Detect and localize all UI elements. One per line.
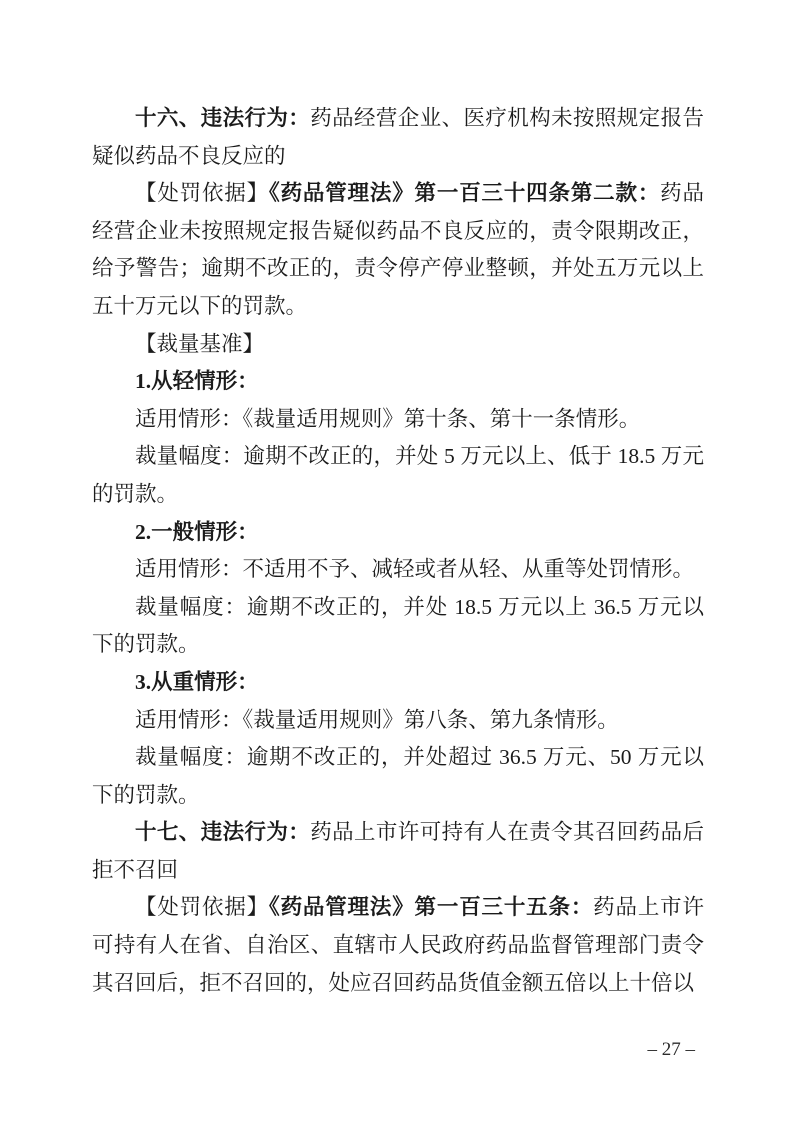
text-run: 适用情形：《裁量适用规则》第八条、第九条情形。 (135, 708, 619, 732)
text-run: 裁量幅度：逾期不改正的，并处超过 36.5 万元、50 万元以下的罚款。 (92, 745, 704, 807)
bold-text-run: 3.从重情形： (135, 670, 259, 694)
paragraph: 【裁量基准】 (92, 326, 704, 364)
paragraph: 适用情形：《裁量适用规则》第十条、第十一条情形。 (92, 401, 704, 439)
bold-text-run: 1.从轻情形： (135, 369, 259, 393)
bold-text-run: 2.一般情形： (135, 520, 259, 544)
paragraph: 1.从轻情形： (92, 363, 704, 401)
bold-text-run: 十六、违法行为： (135, 106, 310, 130)
text-run: 裁量幅度：逾期不改正的，并处 5 万元以上、低于 18.5 万元的罚款。 (92, 444, 704, 506)
page-number: – 27 – (648, 1038, 696, 1062)
bold-text-run: 十七、违法行为： (135, 820, 310, 844)
paragraph: 裁量幅度：逾期不改正的，并处 18.5 万元以上 36.5 万元以下的罚款。 (92, 589, 704, 664)
document-body: 十六、违法行为：药品经营企业、医疗机构未按照规定报告疑似药品不良反应的【处罚依据… (92, 100, 704, 1002)
bold-text-run: 《药品管理法》第一百三十五条： (269, 895, 593, 919)
document-page: 十六、违法行为：药品经营企业、医疗机构未按照规定报告疑似药品不良反应的【处罚依据… (0, 0, 793, 1122)
text-run: 裁量幅度：逾期不改正的，并处 18.5 万元以上 36.5 万元以下的罚款。 (92, 595, 704, 657)
text-run: 适用情形：《裁量适用规则》第十条、第十一条情形。 (135, 407, 640, 431)
paragraph: 裁量幅度：逾期不改正的，并处 5 万元以上、低于 18.5 万元的罚款。 (92, 438, 704, 513)
paragraph: 十七、违法行为：药品上市许可持有人在责令其召回药品后拒不召回 (92, 814, 704, 889)
paragraph: 十六、违法行为：药品经营企业、医疗机构未按照规定报告疑似药品不良反应的 (92, 100, 704, 175)
paragraph: 适用情形：不适用不予、减轻或者从轻、从重等处罚情形。 (92, 551, 704, 589)
paragraph: 3.从重情形： (92, 664, 704, 702)
paragraph: 裁量幅度：逾期不改正的，并处超过 36.5 万元、50 万元以下的罚款。 (92, 739, 704, 814)
text-run: 【处罚依据】 (135, 181, 269, 205)
text-run: 【处罚依据】 (135, 895, 269, 919)
text-run: 适用情形：不适用不予、减轻或者从轻、从重等处罚情形。 (135, 557, 694, 581)
paragraph: 【处罚依据】《药品管理法》第一百三十五条：药品上市许可持有人在省、自治区、直辖市… (92, 889, 704, 1002)
bold-text-run: 《药品管理法》第一百三十四条第二款： (269, 181, 660, 205)
paragraph: 【处罚依据】《药品管理法》第一百三十四条第二款：药品经营企业未按照规定报告疑似药… (92, 175, 704, 325)
paragraph: 适用情形：《裁量适用规则》第八条、第九条情形。 (92, 702, 704, 740)
paragraph: 2.一般情形： (92, 514, 704, 552)
text-run: 【裁量基准】 (135, 332, 264, 356)
